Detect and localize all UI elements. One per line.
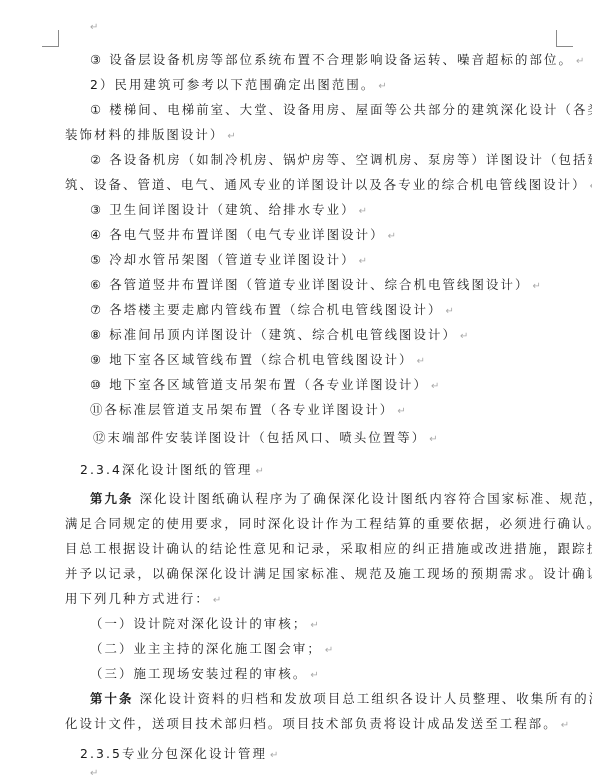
text-line: （二）业主主持的深化施工图会审；↵ xyxy=(90,641,333,659)
paragraph-mark-icon: ↵ xyxy=(532,281,540,292)
text-line: ② 各设备机房（如制冷机房、锅炉房等、空调机房、泵房等）详图设计（包括建 xyxy=(90,152,592,168)
paragraph-mark-icon: ↵ xyxy=(270,750,278,761)
line-text: 2）民用建筑可参考以下范围确定出图范围。 xyxy=(90,77,375,92)
text-line: （一）设计院对深化设计的审核；↵ xyxy=(90,616,319,634)
line-text: 深化设计资料的归档和发放项目总工组织各设计人员整理、收集所有的深 xyxy=(133,691,592,706)
crop-mark-top-right xyxy=(556,30,573,47)
text-line: ⑨ 地下室各区域管线布置（综合机电管线图设计）↵ xyxy=(90,352,425,370)
article-label: 第十条 xyxy=(90,691,133,706)
text-line: ⑩ 地下室各区域管道支吊架布置（各专业详图设计）↵ xyxy=(90,377,439,395)
line-text: 2.3.4深化设计图纸的管理 xyxy=(80,462,252,477)
text-line: ③ 设备层设备机房等部位系统布置不合理影响设备运转、噪音超标的部位。↵ xyxy=(90,52,584,70)
paragraph-mark-icon: ↵ xyxy=(325,645,333,656)
line-text: 并予以记录，以确保深化设计满足国家标准、规范及施工现场的预期需求。设计确认采 xyxy=(65,566,592,581)
text-line: ⑦ 各塔楼主要走廊内管线布置（综合机电管线图设计）↵ xyxy=(90,302,454,320)
text-line: ① 楼梯间、电梯前室、大堂、设备用房、屋面等公共部分的建筑深化设计（各类 xyxy=(90,102,592,118)
line-text: 目总工根据设计确认的结论性意见和记录，采取相应的纠正措施或改进措施，跟踪执行 xyxy=(65,541,592,556)
paragraph-mark-icon: ↵ xyxy=(388,231,396,242)
paragraph-mark-icon: ↵ xyxy=(397,406,405,417)
text-line: 装饰材料的排版图设计）↵ xyxy=(65,127,236,145)
text-line: 目总工根据设计确认的结论性意见和记录，采取相应的纠正措施或改进措施，跟踪执行 xyxy=(65,541,592,557)
line-text: 装饰材料的排版图设计） xyxy=(65,127,224,142)
text-line: ④ 各电气竖井布置详图（电气专业详图设计）↵ xyxy=(90,227,396,245)
line-text: ⑤ 冷却水管吊架图（管道专业详图设计） xyxy=(90,252,356,267)
line-text: 2.3.5专业分包深化设计管理 xyxy=(80,746,267,761)
line-text: ⑥ 各管道竖井布置详图（管道专业详图设计、综合机电管线图设计） xyxy=(90,277,529,292)
paragraph-mark-icon: ↵ xyxy=(460,331,468,342)
line-text: ② 各设备机房（如制冷机房、锅炉房等、空调机房、泵房等）详图设计（包括建 xyxy=(90,152,592,167)
paragraph-mark-icon: ↵ xyxy=(431,381,439,392)
text-line: 化设计文件，送项目技术部归档。项目技术部负责将设计成品发送至工程部。↵ xyxy=(65,716,569,734)
line-text: ① 楼梯间、电梯前室、大堂、设备用房、屋面等公共部分的建筑深化设计（各类 xyxy=(90,102,592,117)
paragraph-mark-icon: ↵ xyxy=(561,720,569,731)
line-text: ③ 卫生间详图设计（建筑、给排水专业） xyxy=(90,202,356,217)
text-line: ⑥ 各管道竖井布置详图（管道专业详图设计、综合机电管线图设计）↵ xyxy=(90,277,541,295)
text-line: 满足合同规定的使用要求，同时深化设计作为工程结算的重要依据，必须进行确认。项 xyxy=(65,516,592,532)
paragraph-mark-icon: ↵ xyxy=(310,620,318,631)
text-line: 2.3.4深化设计图纸的管理↵ xyxy=(80,462,264,480)
text-line: 第九条 深化设计图纸确认程序为了确保深化设计图纸内容符合国家标准、规范， xyxy=(90,491,592,507)
text-line: 用下列几种方式进行：↵ xyxy=(65,591,221,609)
paragraph-mark-icon: ↵ xyxy=(429,434,437,445)
paragraph-mark-icon: ↵ xyxy=(227,131,235,142)
line-text: 化设计文件，送项目技术部归档。项目技术部负责将设计成品发送至工程部。 xyxy=(65,716,558,731)
text-line: ⑤ 冷却水管吊架图（管道专业详图设计）↵ xyxy=(90,252,367,270)
line-text: ④ 各电气竖井布置详图（电气专业详图设计） xyxy=(90,227,385,242)
line-text: ⑩ 地下室各区域管道支吊架布置（各专业详图设计） xyxy=(90,377,428,392)
line-text: ⑫末端部件安装详图设计（包括风口、喷头位置等） xyxy=(93,430,426,445)
text-line: 2.3.5专业分包深化设计管理↵ xyxy=(80,746,278,764)
text-line: （三）施工现场安装过程的审核。↵ xyxy=(90,666,319,684)
paragraph-mark-icon: ↵ xyxy=(213,595,221,606)
line-text: ⑪各标准层管道支吊架布置（各专业详图设计） xyxy=(90,402,394,417)
text-line: ⑫末端部件安装详图设计（包括风口、喷头位置等）↵ xyxy=(93,430,438,448)
crop-mark-top-left xyxy=(42,30,59,47)
paragraph-mark-icon: ↵ xyxy=(90,22,98,33)
paragraph-mark-icon: ↵ xyxy=(255,466,263,477)
line-text: 满足合同规定的使用要求，同时深化设计作为工程结算的重要依据，必须进行确认。项 xyxy=(65,516,592,531)
text-line: 2）民用建筑可参考以下范围确定出图范围。↵ xyxy=(90,77,387,95)
line-text: ③ 设备层设备机房等部位系统布置不合理影响设备运转、噪音超标的部位。 xyxy=(90,52,573,67)
paragraph-mark-icon: ↵ xyxy=(417,356,425,367)
paragraph-mark-icon: ↵ xyxy=(90,768,98,777)
text-line: ⑧ 标准间吊顶内详图设计（建筑、综合机电管线图设计）↵ xyxy=(90,327,468,345)
line-text: 深化设计图纸确认程序为了确保深化设计图纸内容符合国家标准、规范， xyxy=(133,491,592,506)
paragraph-mark-icon: ↵ xyxy=(576,56,584,67)
paragraph-mark-icon: ↵ xyxy=(359,256,367,267)
line-text: ⑧ 标准间吊顶内详图设计（建筑、综合机电管线图设计） xyxy=(90,327,457,342)
paragraph-mark-icon: ↵ xyxy=(378,81,386,92)
line-text: 筑、设备、管道、电气、通风专业的详图设计以及各专业的综合机电管线图设计） xyxy=(65,177,587,192)
line-text: ⑨ 地下室各区域管线布置（综合机电管线图设计） xyxy=(90,352,414,367)
line-text: 用下列几种方式进行： xyxy=(65,591,210,606)
line-text: ⑦ 各塔楼主要走廊内管线布置（综合机电管线图设计） xyxy=(90,302,443,317)
text-line: ③ 卫生间详图设计（建筑、给排水专业）↵ xyxy=(90,202,367,220)
text-line: ⑪各标准层管道支吊架布置（各专业详图设计）↵ xyxy=(90,402,406,420)
paragraph-mark-icon: ↵ xyxy=(446,306,454,317)
paragraph-mark-icon: ↵ xyxy=(310,670,318,681)
line-text: （二）业主主持的深化施工图会审； xyxy=(90,641,322,656)
article-label: 第九条 xyxy=(90,491,133,506)
text-line: 并予以记录，以确保深化设计满足国家标准、规范及施工现场的预期需求。设计确认采 xyxy=(65,566,592,582)
text-line: 筑、设备、管道、电气、通风专业的详图设计以及各专业的综合机电管线图设计）↵ xyxy=(65,177,592,195)
text-line: 第十条 深化设计资料的归档和发放项目总工组织各设计人员整理、收集所有的深 xyxy=(90,691,592,707)
paragraph-mark-icon: ↵ xyxy=(359,206,367,217)
line-text: （一）设计院对深化设计的审核； xyxy=(90,616,307,631)
line-text: （三）施工现场安装过程的审核。 xyxy=(90,666,307,681)
